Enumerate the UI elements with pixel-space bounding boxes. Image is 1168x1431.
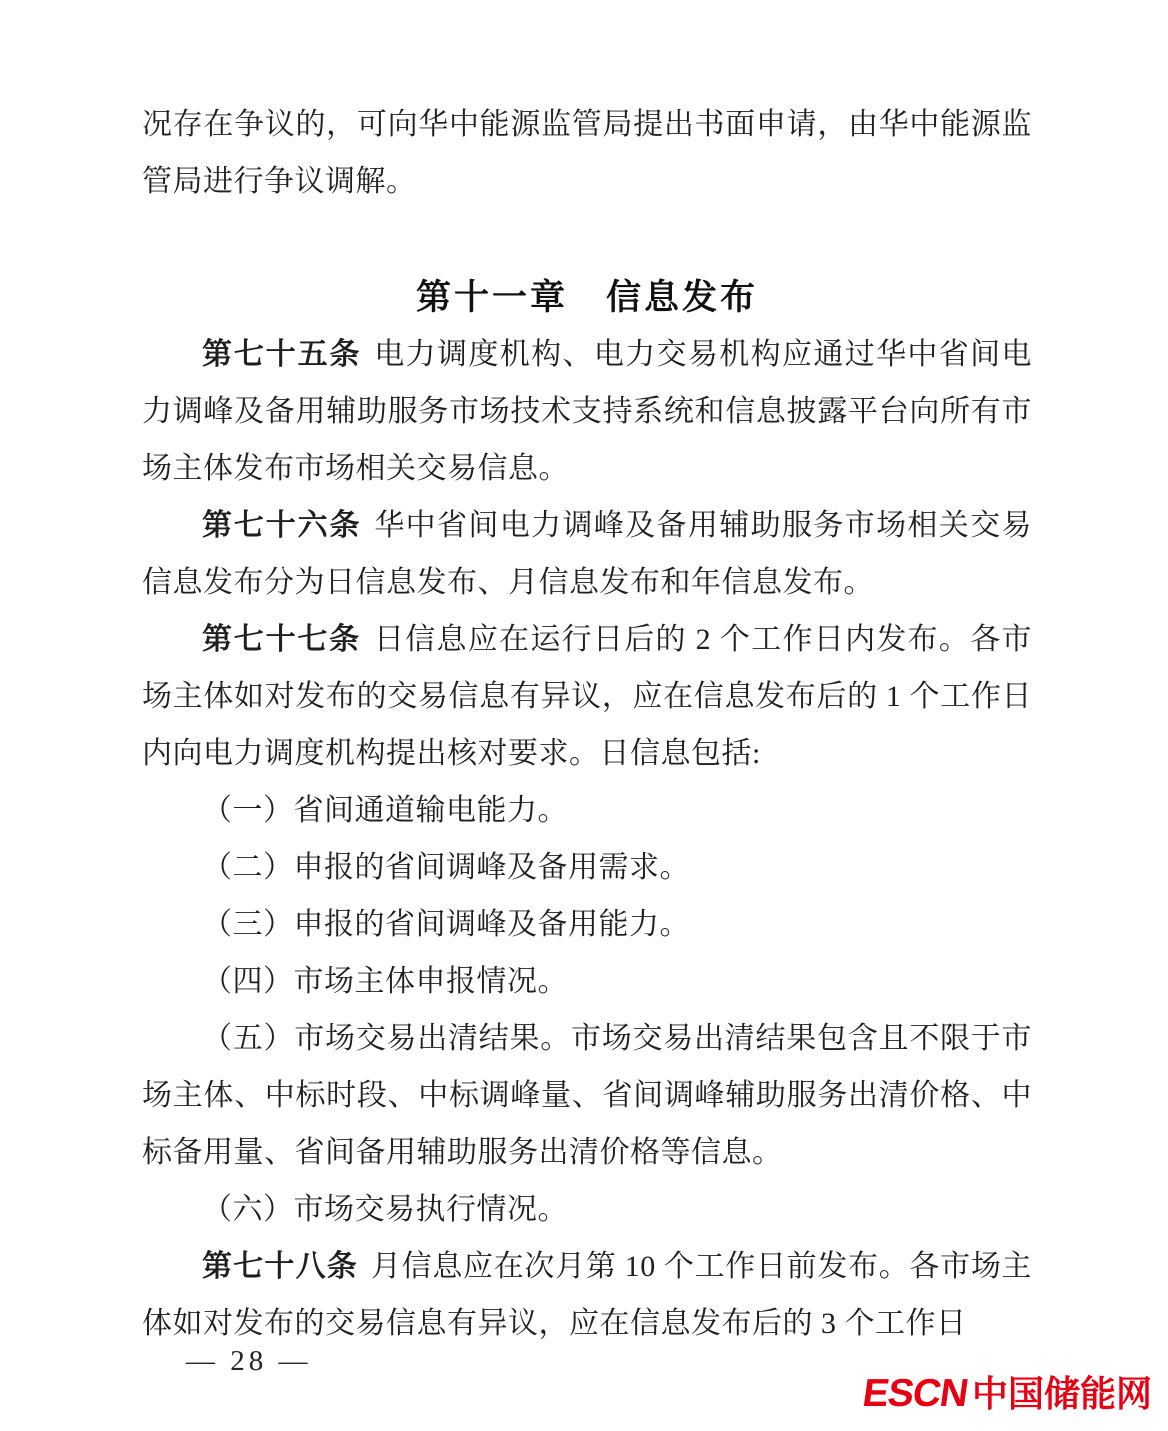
escn-logo: ESCN中国储能网 [863,1374,1152,1413]
day-info-item-5: （五）市场交易出清结果。市场交易出清结果包含且不限于市场主体、中标时段、中标调峰… [142,1010,1032,1181]
article-76-number: 第七十六条 [202,509,361,542]
document-body: 况存在争议的，可向华中能源监管局提出书面申请，由华中能源监管局进行争议调解。 第… [142,96,1032,1352]
day-info-item-2: （二）申报的省间调峰及备用需求。 [142,839,1032,896]
article-78: 第七十八条月信息应在次月第 10 个工作日前发布。各市场主体如对发布的交易信息有… [142,1238,1032,1352]
article-76: 第七十六条华中省间电力调峰及备用辅助服务市场相关交易信息发布分为日信息发布、月信… [142,497,1032,611]
article-77-number: 第七十七条 [202,623,361,656]
escn-logo-latin-text: ESCN [860,1374,970,1413]
article-75-number: 第七十五条 [202,338,361,371]
page-number: — 28 — [186,1345,312,1378]
day-info-item-3: （三）申报的省间调峰及备用能力。 [142,896,1032,953]
article-77: 第七十七条日信息应在运行日后的 2 个工作日内发布。各市场主体如对发布的交易信息… [142,611,1032,782]
day-info-item-6: （六）市场交易执行情况。 [142,1181,1032,1238]
escn-logo-chinese-text: 中国储能网 [972,1376,1152,1412]
article-75: 第七十五条电力调度机构、电力交易机构应通过华中省间电力调峰及备用辅助服务市场技术… [142,326,1032,497]
chapter-heading: 第十一章 信息发布 [142,269,1032,326]
day-info-item-4: （四）市场主体申报情况。 [142,953,1032,1010]
article-78-number: 第七十八条 [202,1250,358,1283]
paragraph-continuation: 况存在争议的，可向华中能源监管局提出书面申请，由华中能源监管局进行争议调解。 [142,96,1032,210]
day-info-item-1: （一）省间通道输电能力。 [142,782,1032,839]
document-page: 况存在争议的，可向华中能源监管局提出书面申请，由华中能源监管局进行争议调解。 第… [0,0,1168,1431]
